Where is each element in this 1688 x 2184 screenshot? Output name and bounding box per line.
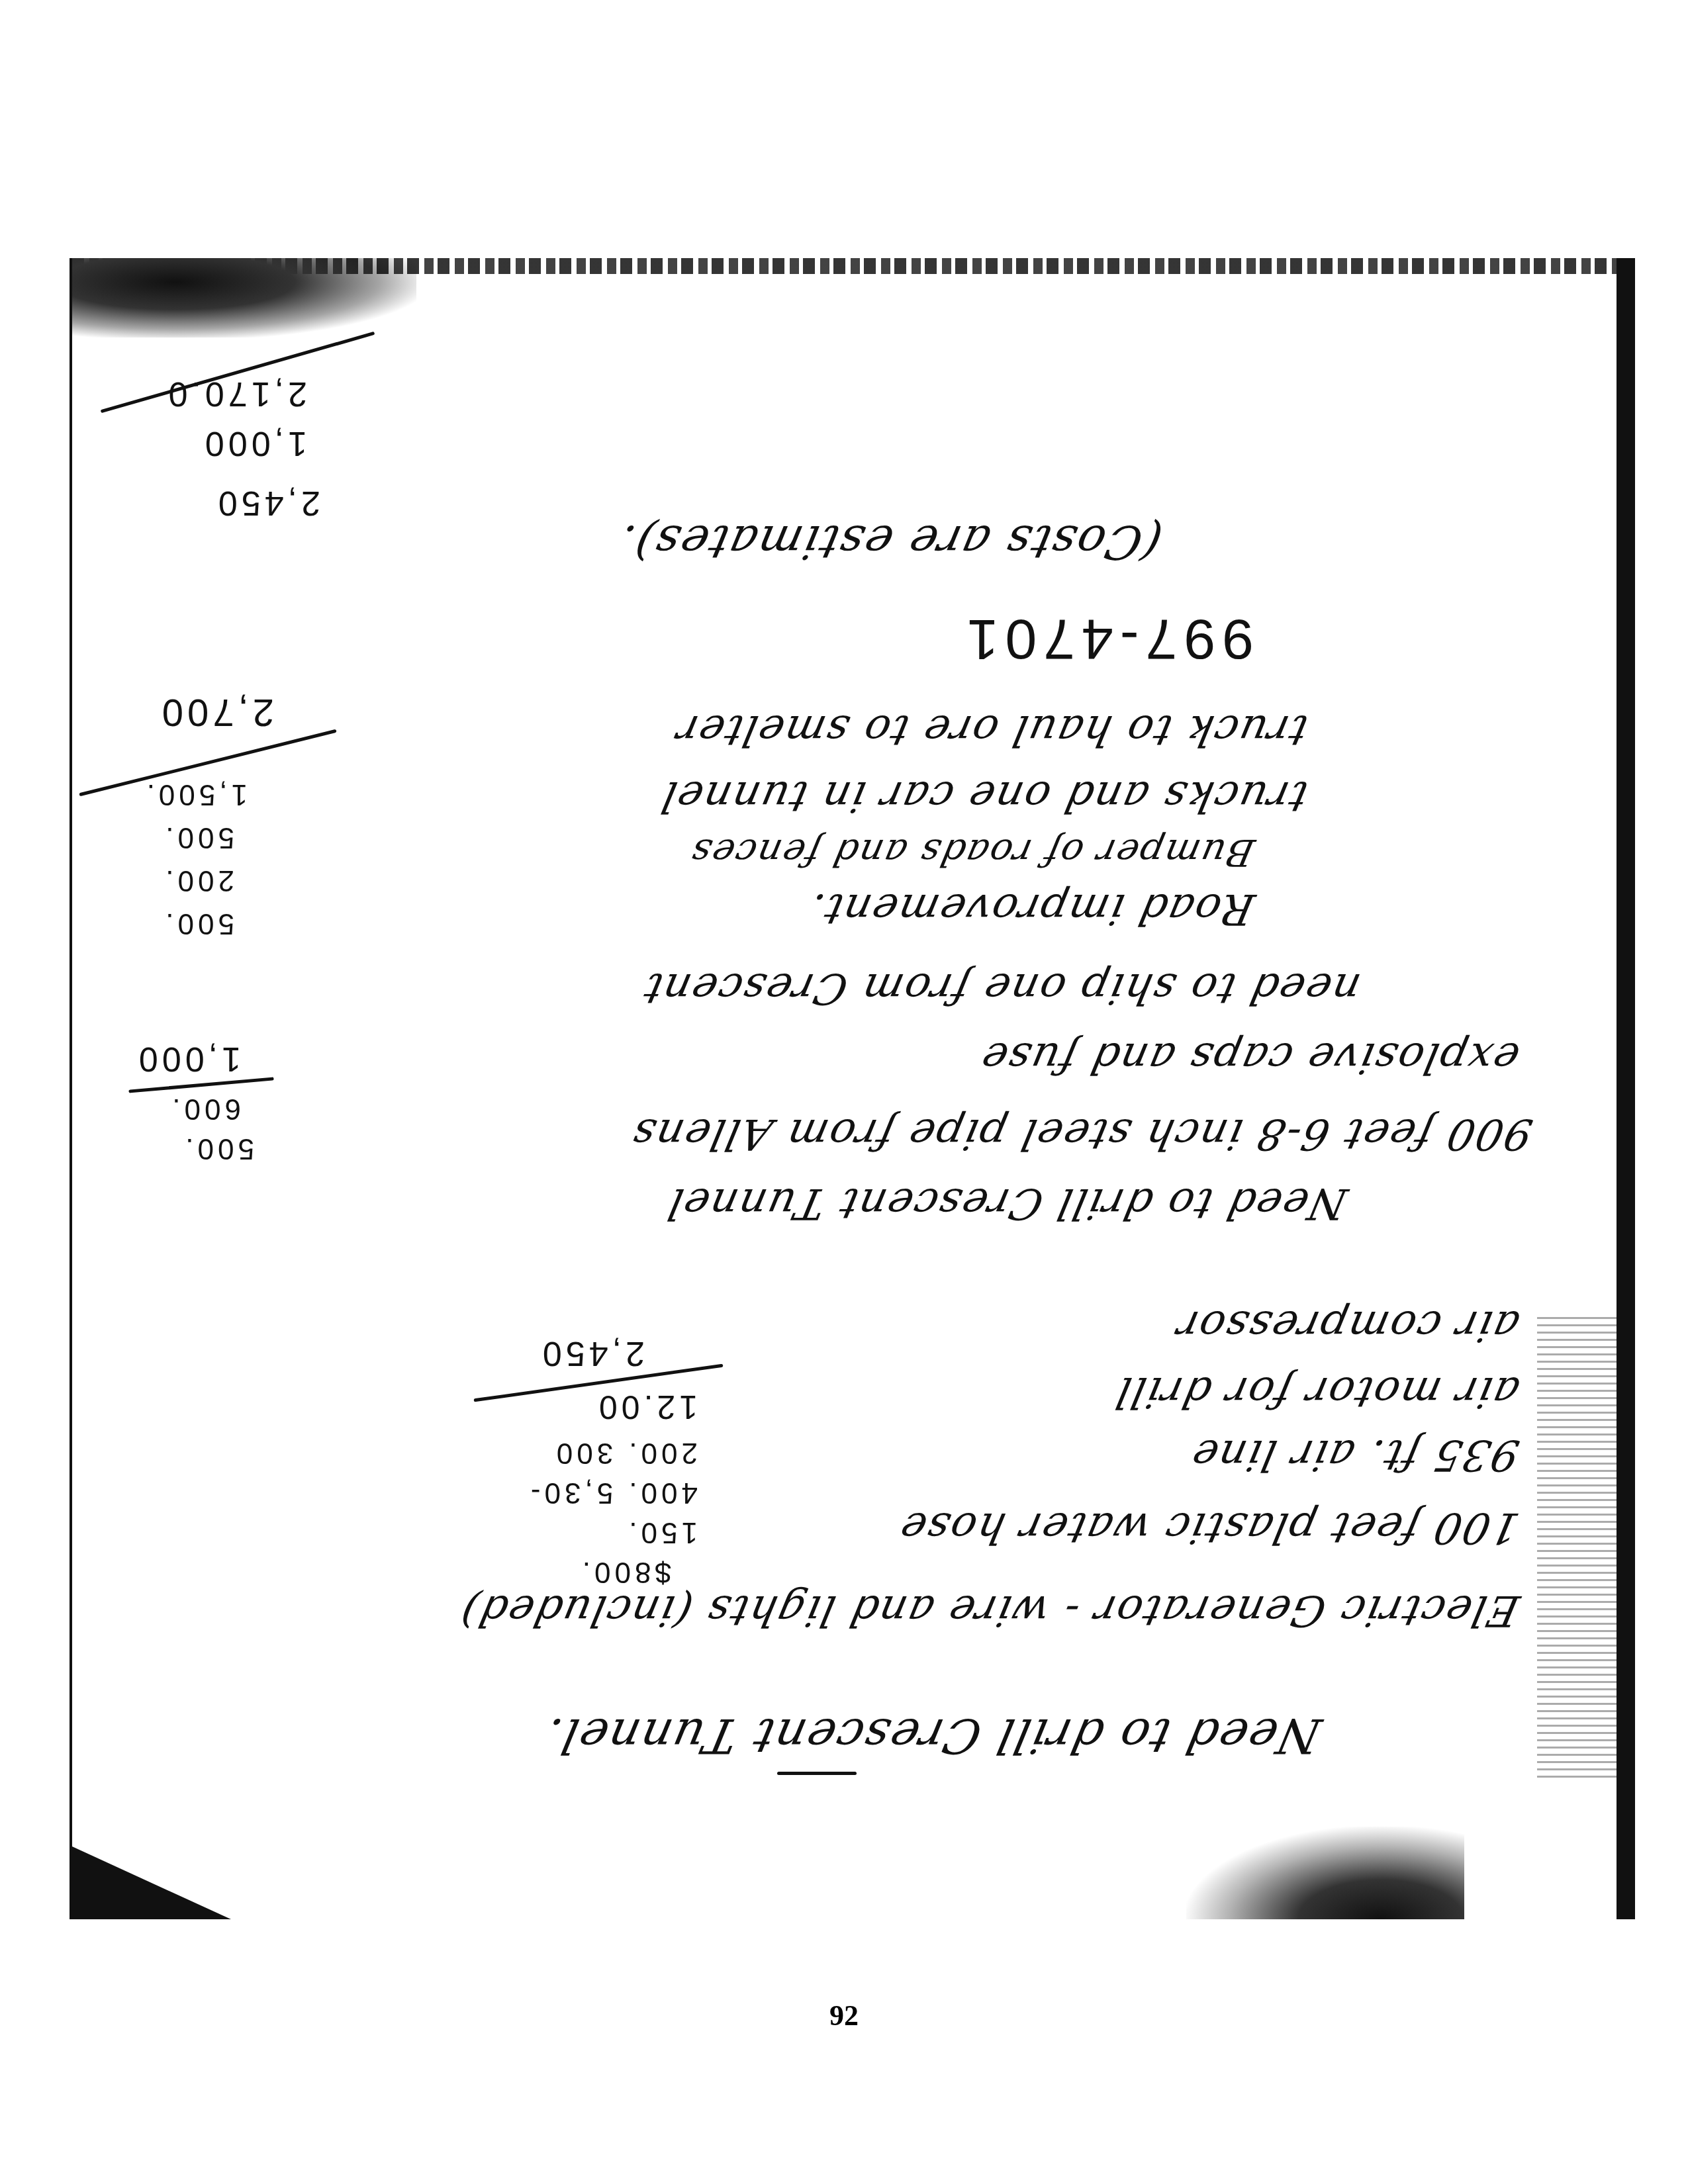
- scanned-handwritten-page: Need to drill Crescent Tunnel. Electric …: [70, 258, 1635, 1919]
- amount-line: 400. 5,30-: [527, 1476, 698, 1509]
- note-trucks: trucks and one car in tunnel: [656, 772, 1311, 821]
- amount-line: $800.: [579, 1555, 671, 1588]
- note-air-motor: air motor for drill: [1111, 1367, 1524, 1416]
- summary-amount: 1,000: [201, 424, 307, 463]
- pipe-total: 1,000: [135, 1039, 241, 1079]
- amount-line: 200. 300: [553, 1436, 698, 1469]
- note-title: Need to drill Crescent Tunnel.: [539, 1708, 1326, 1764]
- pipe-amount: 600.: [168, 1092, 241, 1125]
- note-road: Road improvement.: [804, 884, 1259, 933]
- note-ship: need to ship one from Crescent: [639, 964, 1365, 1013]
- sum-rule: [128, 1077, 274, 1093]
- note-haul: truck to haul ore to smelter: [671, 705, 1312, 754]
- note-pipe: 900 feet 6-8 inch steel pipe from Allens: [627, 1109, 1537, 1158]
- road-amount: 500.: [162, 821, 234, 854]
- road-amount: 1,500.: [143, 778, 248, 811]
- road-amount: 200.: [162, 864, 234, 897]
- equipment-total: 2,450: [539, 1334, 645, 1373]
- road-total: 2,700: [158, 690, 274, 735]
- handwritten-note: Need to drill Crescent Tunnel. Electric …: [72, 258, 1635, 1919]
- note-bumper: Bumper of roads and fences: [686, 831, 1258, 874]
- note-generator: Electric Generator - wire and lights (in…: [456, 1586, 1524, 1635]
- note-hose: 100 feet plastic water hose: [894, 1503, 1523, 1552]
- page-number: 92: [0, 1999, 1688, 2032]
- phone-number: 997-4701: [961, 606, 1254, 672]
- costs-note: (Costs are estimates).: [613, 515, 1167, 569]
- note-air-line: 935 ft. air line: [1186, 1430, 1524, 1479]
- note-drill-again: Need to drill Crescent Tunnel: [663, 1179, 1352, 1228]
- underline: [777, 1772, 857, 1775]
- note-explosives: explosive caps and fuse: [976, 1033, 1524, 1082]
- road-amount: 500.: [162, 907, 234, 940]
- pipe-amount: 500.: [181, 1132, 254, 1165]
- summary-amount: 2,450: [214, 483, 320, 523]
- summary-total: 2,170.0: [165, 374, 308, 414]
- note-compressor: air compressor: [1171, 1301, 1524, 1350]
- amount-line: 150.: [625, 1516, 698, 1549]
- amount-line: 12.00: [595, 1388, 698, 1426]
